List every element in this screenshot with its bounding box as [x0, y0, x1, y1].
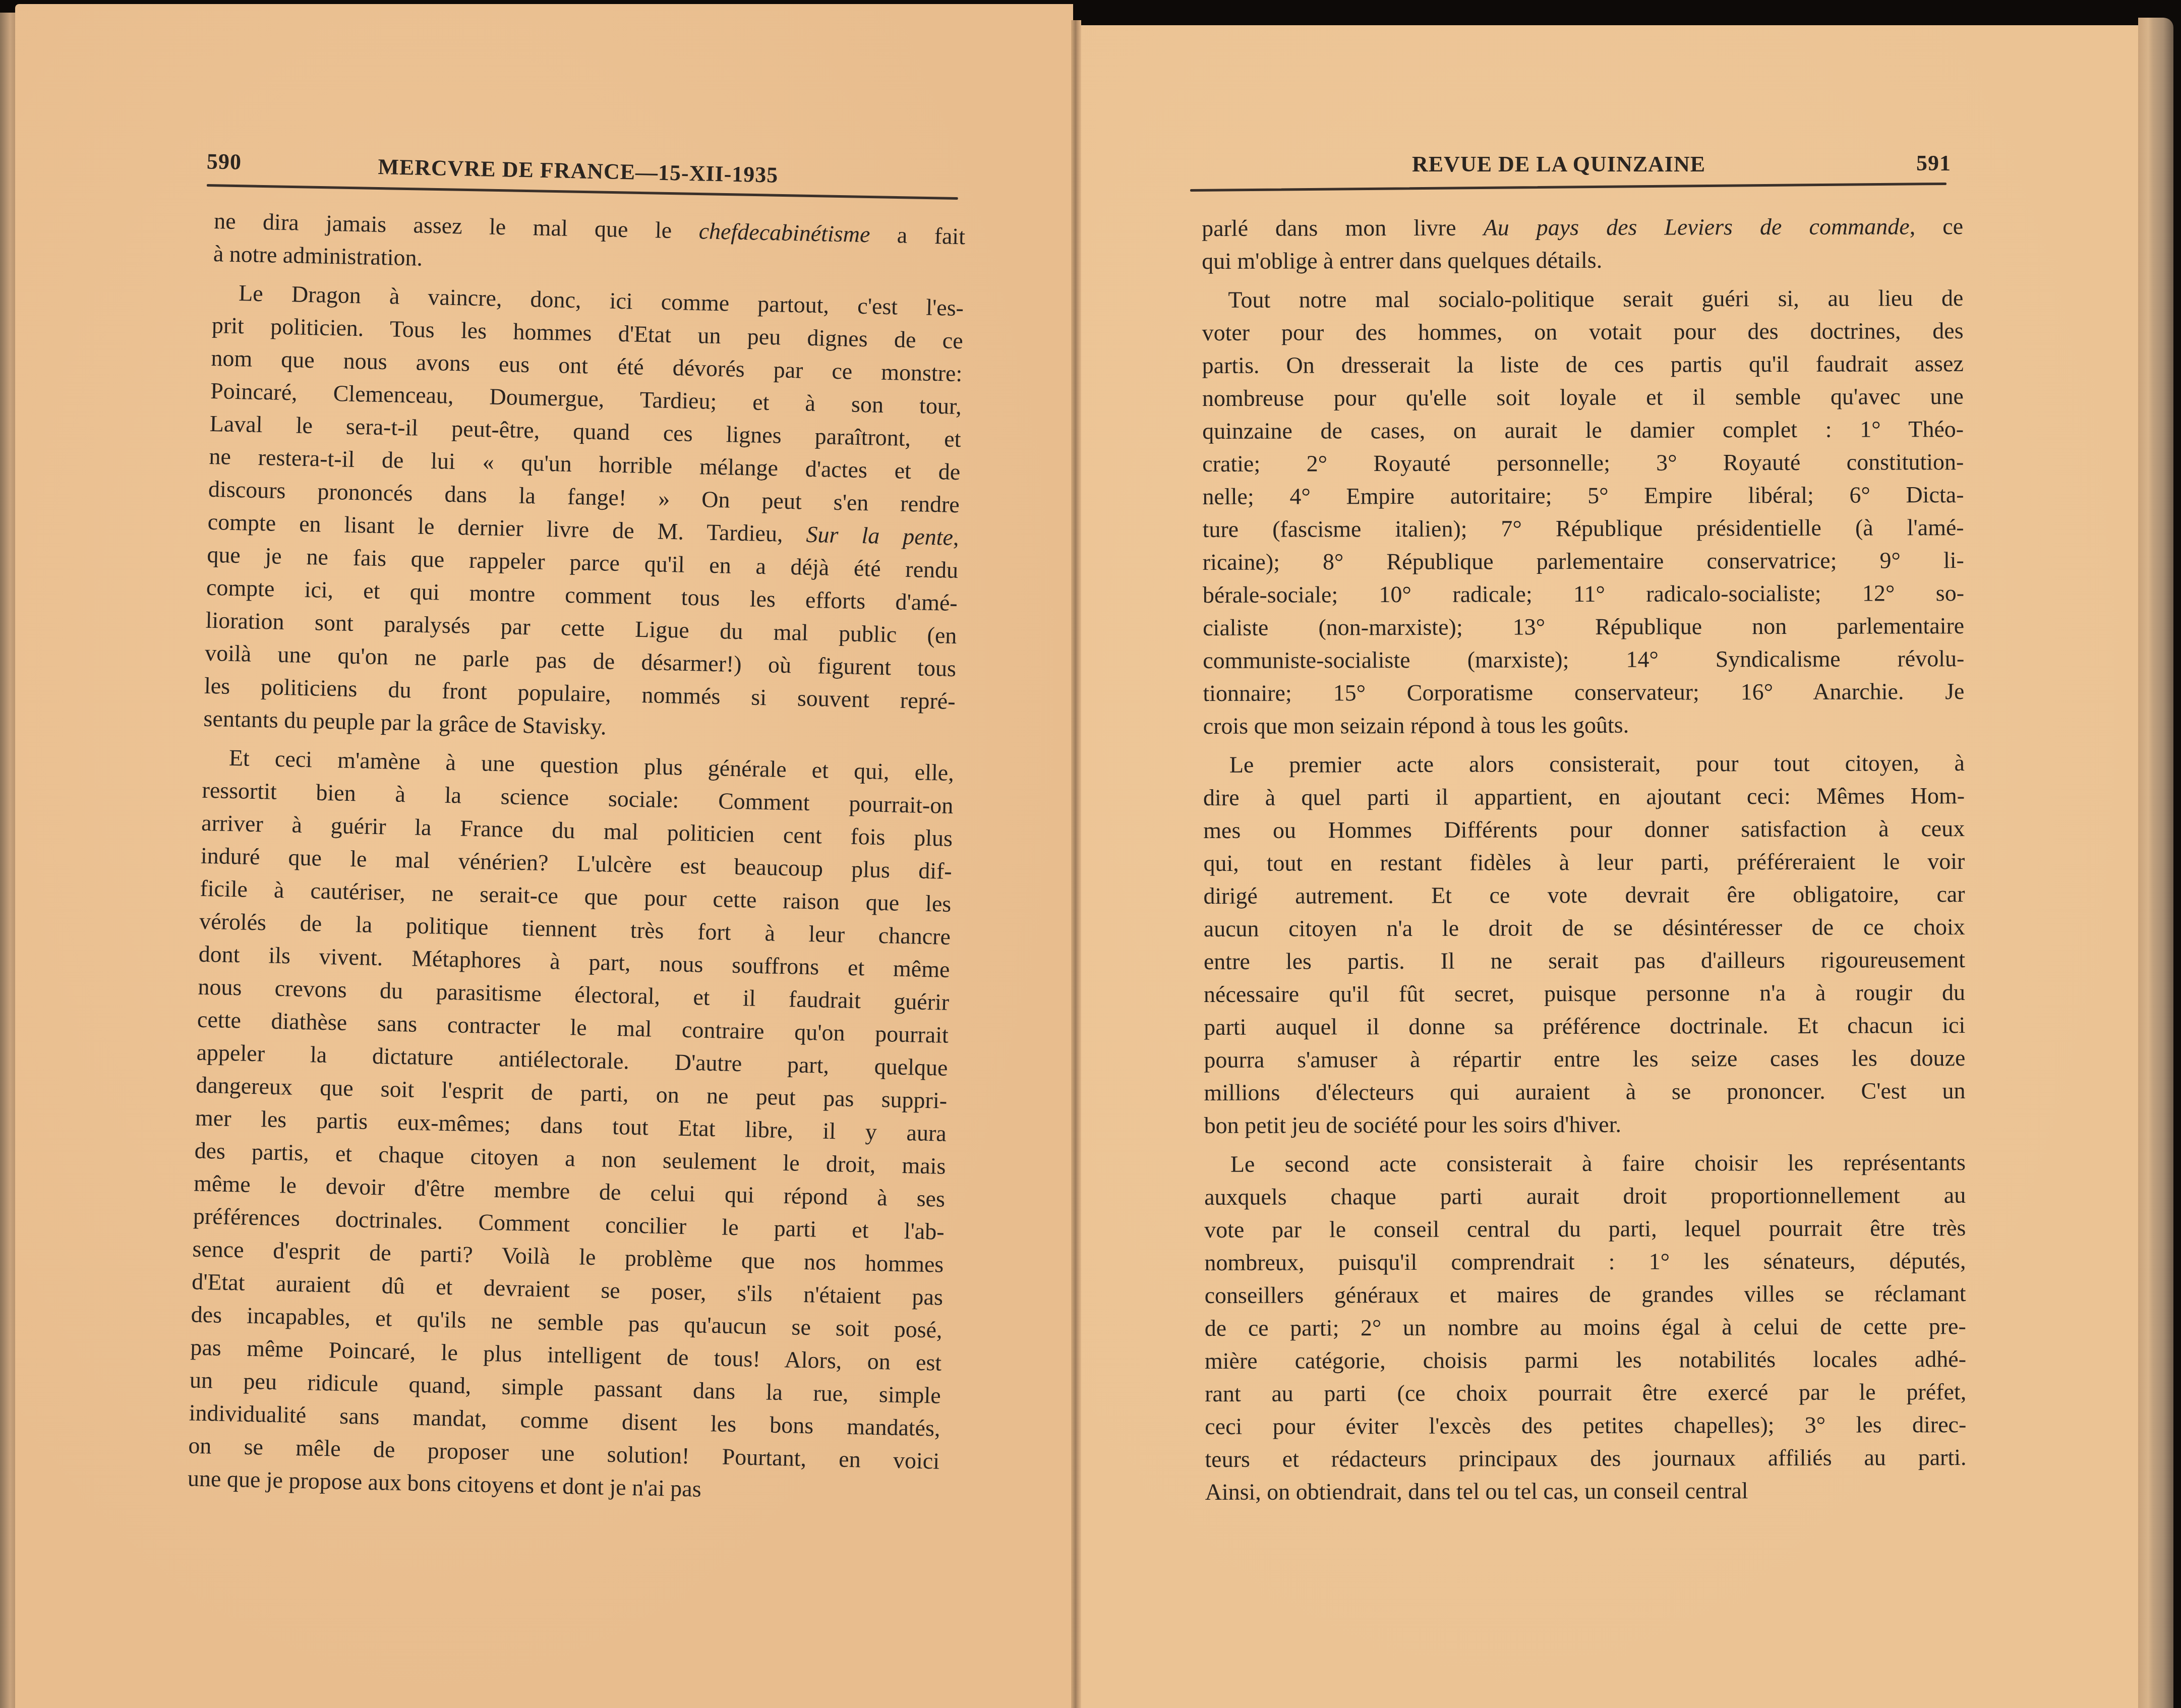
- text-line: pourra s'amuser à répartir entre les sei…: [1204, 1041, 1965, 1076]
- text-line: qui m'oblige à entrer dans quelques déta…: [1202, 243, 1963, 277]
- text-line: dire à quel parti il appartient, en ajou…: [1203, 779, 1965, 814]
- left-page-number: 590: [207, 148, 242, 174]
- text-line: mes ou Hommes Différents pour donner sat…: [1203, 812, 1965, 847]
- text-line: vote par le conseil central du parti, le…: [1204, 1211, 1966, 1246]
- left-page-body: ne dira jamais assez le mal que le chefd…: [187, 204, 966, 1516]
- paragraph: Et ceci m'amène à une question plus géné…: [187, 741, 954, 1510]
- text-line: auxquels chaque parti aurait droit propo…: [1204, 1179, 1966, 1213]
- book-gutter: [1071, 20, 1081, 1708]
- text-line: communiste-socialiste (marxiste); 14° Sy…: [1203, 642, 1964, 677]
- right-page-edges: [2138, 18, 2173, 1708]
- paragraph: parlé dans mon livre Au pays des Leviers…: [1202, 210, 1963, 277]
- text-line: crois que mon seizain répond à tous les …: [1203, 708, 1965, 742]
- text-line: Le second acte consisterait à faire choi…: [1204, 1146, 1966, 1181]
- paragraph: Le second acte consisterait à faire choi…: [1204, 1146, 1967, 1508]
- text-line: de ce parti; 2° un nombre au moins égal …: [1205, 1310, 1966, 1344]
- text-line: Tout notre mal socialo-politique serait …: [1202, 281, 1963, 316]
- text-line: cratie; 2° Royauté personnelle; 3° Royau…: [1202, 445, 1964, 480]
- text-line: dirigé autrement. Et ce vote devrait êre…: [1203, 877, 1965, 912]
- right-running-head: REVUE DE LA QUINZAINE: [1412, 151, 1705, 177]
- text-line: tionnaire; 15° Corporatisme conservateur…: [1203, 675, 1964, 710]
- text-line: nelle; 4° Empire autoritaire; 5° Empire …: [1202, 478, 1964, 513]
- italic-title: chefdecabinétisme: [698, 218, 870, 247]
- text-line: qui, tout en restant fidèles à leur part…: [1203, 845, 1965, 879]
- text-line: conseillers généraux et maires de grande…: [1205, 1277, 1966, 1312]
- text-line: nombreux, puisqu'il comprendrait : 1° le…: [1204, 1244, 1966, 1279]
- text-line: nombreuse pour qu'elle soit loyale et il…: [1202, 380, 1964, 415]
- text-line: teurs et rédacteurs principaux des journ…: [1205, 1441, 1966, 1476]
- text-line: voter pour des hommes, on votait pour de…: [1202, 314, 1964, 349]
- text-line: ture (fascisme italien); 7° République p…: [1203, 511, 1964, 546]
- paragraph: Le Dragon à vaincre, donc, ici comme par…: [203, 276, 964, 750]
- text-line: millions d'électeurs qui auraient à se p…: [1204, 1074, 1965, 1109]
- text-line: bon petit jeu de société pour les soirs …: [1204, 1107, 1966, 1142]
- text-line: parti auquel il donne sa préférence doct…: [1204, 1009, 1965, 1043]
- text-line: aucun citoyen n'a le droit de se désinté…: [1204, 910, 1965, 945]
- text-line: mière catégorie, choisis parmi les notab…: [1205, 1342, 1966, 1377]
- text-line: Le premier acte alors consisterait, pour…: [1203, 746, 1965, 781]
- text-line: quinzaine de cases, on aurait le damier …: [1202, 413, 1964, 447]
- right-page-body: parlé dans mon livre Au pays des Leviers…: [1202, 210, 1967, 1514]
- text-line: bérale-sociale; 10° radicale; 11° radica…: [1203, 576, 1964, 611]
- text-line: partis. On dresserait la liste de ces pa…: [1202, 347, 1964, 382]
- paragraph: Le premier acte alors consisterait, pour…: [1203, 746, 1966, 1142]
- right-page-number: 591: [1916, 150, 1951, 176]
- text-line: nécessaire qu'il fût secret, puisque per…: [1204, 976, 1965, 1011]
- italic-title: Sur la pente: [806, 521, 953, 550]
- text-line: Ainsi, on obtiendrait, dans tel ou tel c…: [1205, 1474, 1967, 1508]
- italic-title: Au pays des Leviers de commande: [1484, 213, 1910, 240]
- text-line: ricaine); 8° République parlementaire co…: [1203, 544, 1964, 578]
- paragraph: Tout notre mal socialo-politique serait …: [1202, 281, 1964, 742]
- text-line: rant au parti (ce choix pourrait être ex…: [1205, 1375, 1966, 1410]
- text-line: cialiste (non-marxiste); 13° République …: [1203, 609, 1964, 644]
- text-line: ceci pour éviter l'excès des petites cha…: [1205, 1408, 1966, 1443]
- text-line: parlé dans mon livre Au pays des Leviers…: [1202, 210, 1963, 245]
- text-line: entre les partis. Il ne serait pas d'ail…: [1204, 943, 1965, 978]
